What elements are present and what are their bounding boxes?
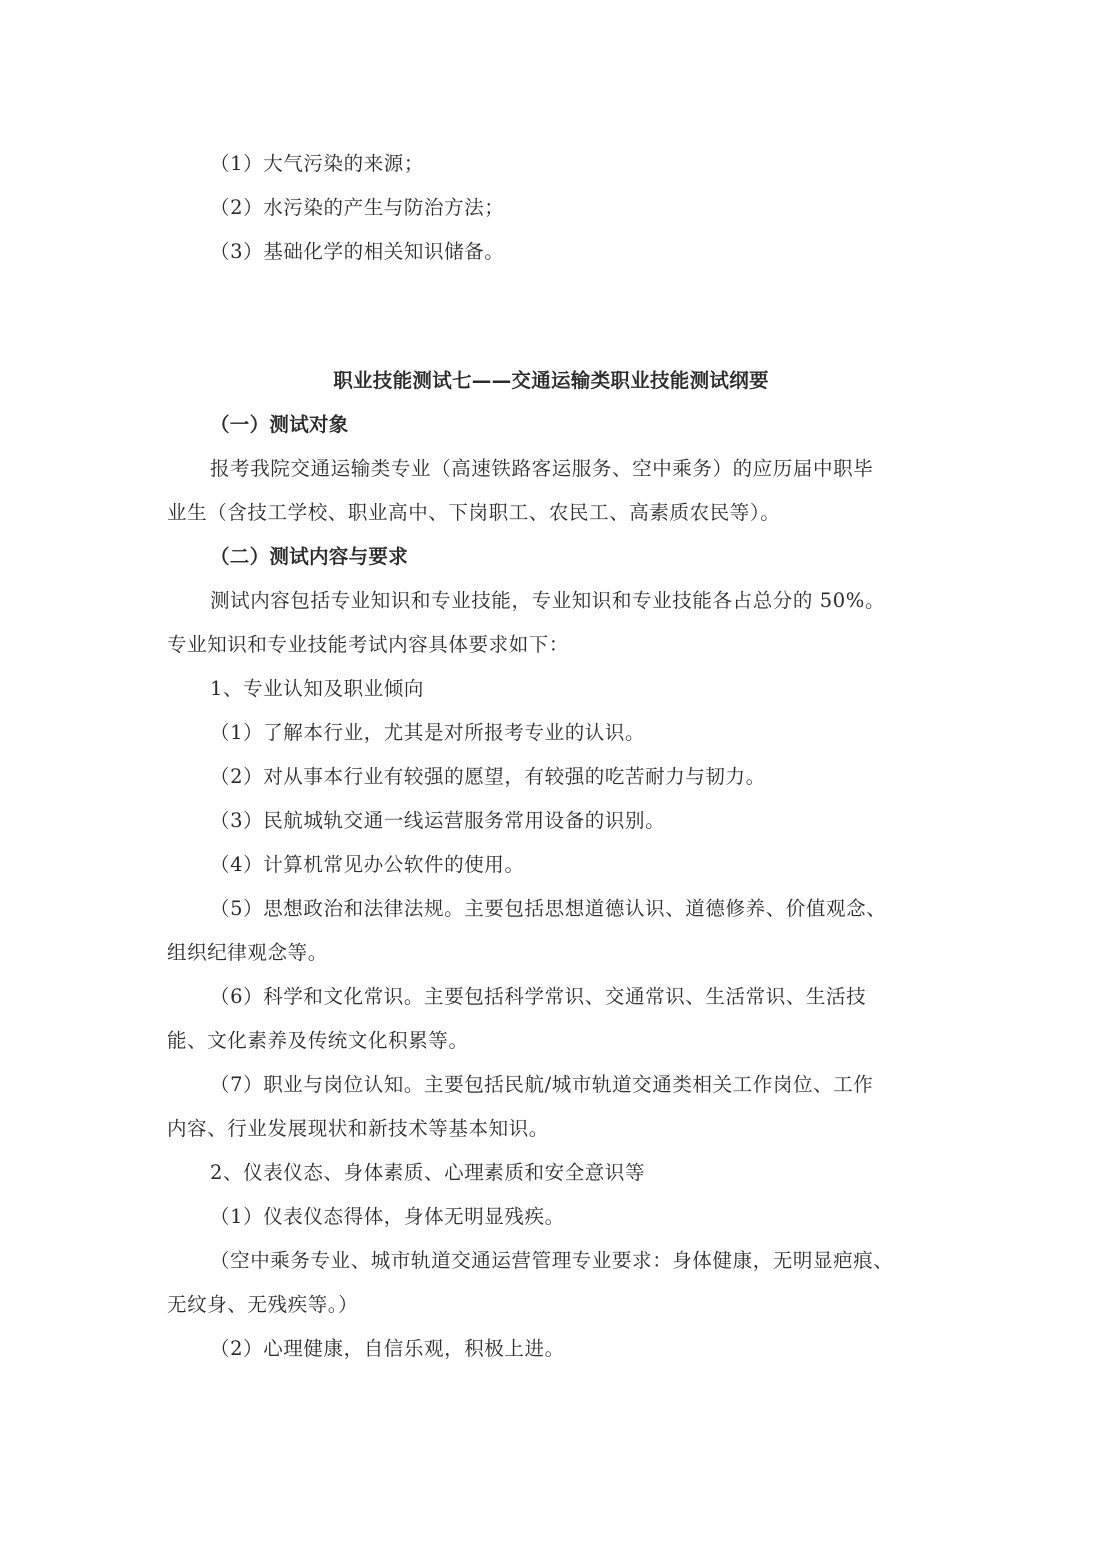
paragraph-line: 报考我院交通运输类专业（高速铁路客运服务、空中乘务）的应历届中职毕 xyxy=(210,457,873,481)
paragraph-line: 专业知识和专业技能考试内容具体要求如下： xyxy=(167,633,569,657)
list-item: （2）心理健康，自信乐观，积极上进。 xyxy=(210,1337,565,1361)
list-item: （2）对从事本行业有较强的愿望，有较强的吃苦耐力与韧力。 xyxy=(210,765,766,789)
list-item: （2）水污染的产生与防治方法； xyxy=(210,196,504,220)
part1-heading: （一）测试对象 xyxy=(210,413,349,437)
list-item-continuation: 组织纪律观念等。 xyxy=(167,941,328,965)
list-item: （1）了解本行业，尤其是对所报考专业的认识。 xyxy=(210,721,645,745)
list-item: （7）职业与岗位认知。主要包括民航/城市轨道交通类相关工作岗位、工作 xyxy=(210,1073,873,1097)
list-item-continuation: 能、文化素养及传统文化积累等。 xyxy=(167,1029,469,1053)
paragraph-line: 测试内容包括专业知识和专业技能，专业知识和专业技能各占总分的 50%。 xyxy=(210,589,885,613)
list-item: （4）计算机常见办公软件的使用。 xyxy=(210,853,525,877)
list-item: （3）民航城轨交通一线运营服务常用设备的识别。 xyxy=(210,809,665,833)
sub2-heading: 2、仪表仪态、身体素质、心理素质和安全意识等 xyxy=(210,1161,645,1185)
list-item: （6）科学和文化常识。主要包括科学常识、交通常识、生活常识、生活技 xyxy=(210,985,866,1009)
part2-heading: （二）测试内容与要求 xyxy=(210,545,408,569)
section-title: 职业技能测试七——交通运输类职业技能测试纲要 xyxy=(0,369,1102,393)
list-item-continuation: 内容、行业发展现状和新技术等基本知识。 xyxy=(167,1117,549,1141)
note-line-continuation: 无纹身、无残疾等。） xyxy=(167,1293,358,1317)
sub1-heading: 1、专业认知及职业倾向 xyxy=(210,677,424,701)
list-item: （5）思想政治和法律法规。主要包括思想道德认识、道德修养、价值观念、 xyxy=(210,897,886,921)
paragraph-line: 业生（含技工学校、职业高中、下岗职工、农民工、高素质农民等）。 xyxy=(167,501,780,525)
list-item: （1）大气污染的来源； xyxy=(210,152,424,176)
list-item: （1）仪表仪态得体，身体无明显残疾。 xyxy=(210,1205,565,1229)
note-line: （空中乘务专业、城市轨道交通运营管理专业要求：身体健康，无明显疤痕、 xyxy=(210,1249,893,1273)
list-item: （3）基础化学的相关知识储备。 xyxy=(210,240,504,264)
